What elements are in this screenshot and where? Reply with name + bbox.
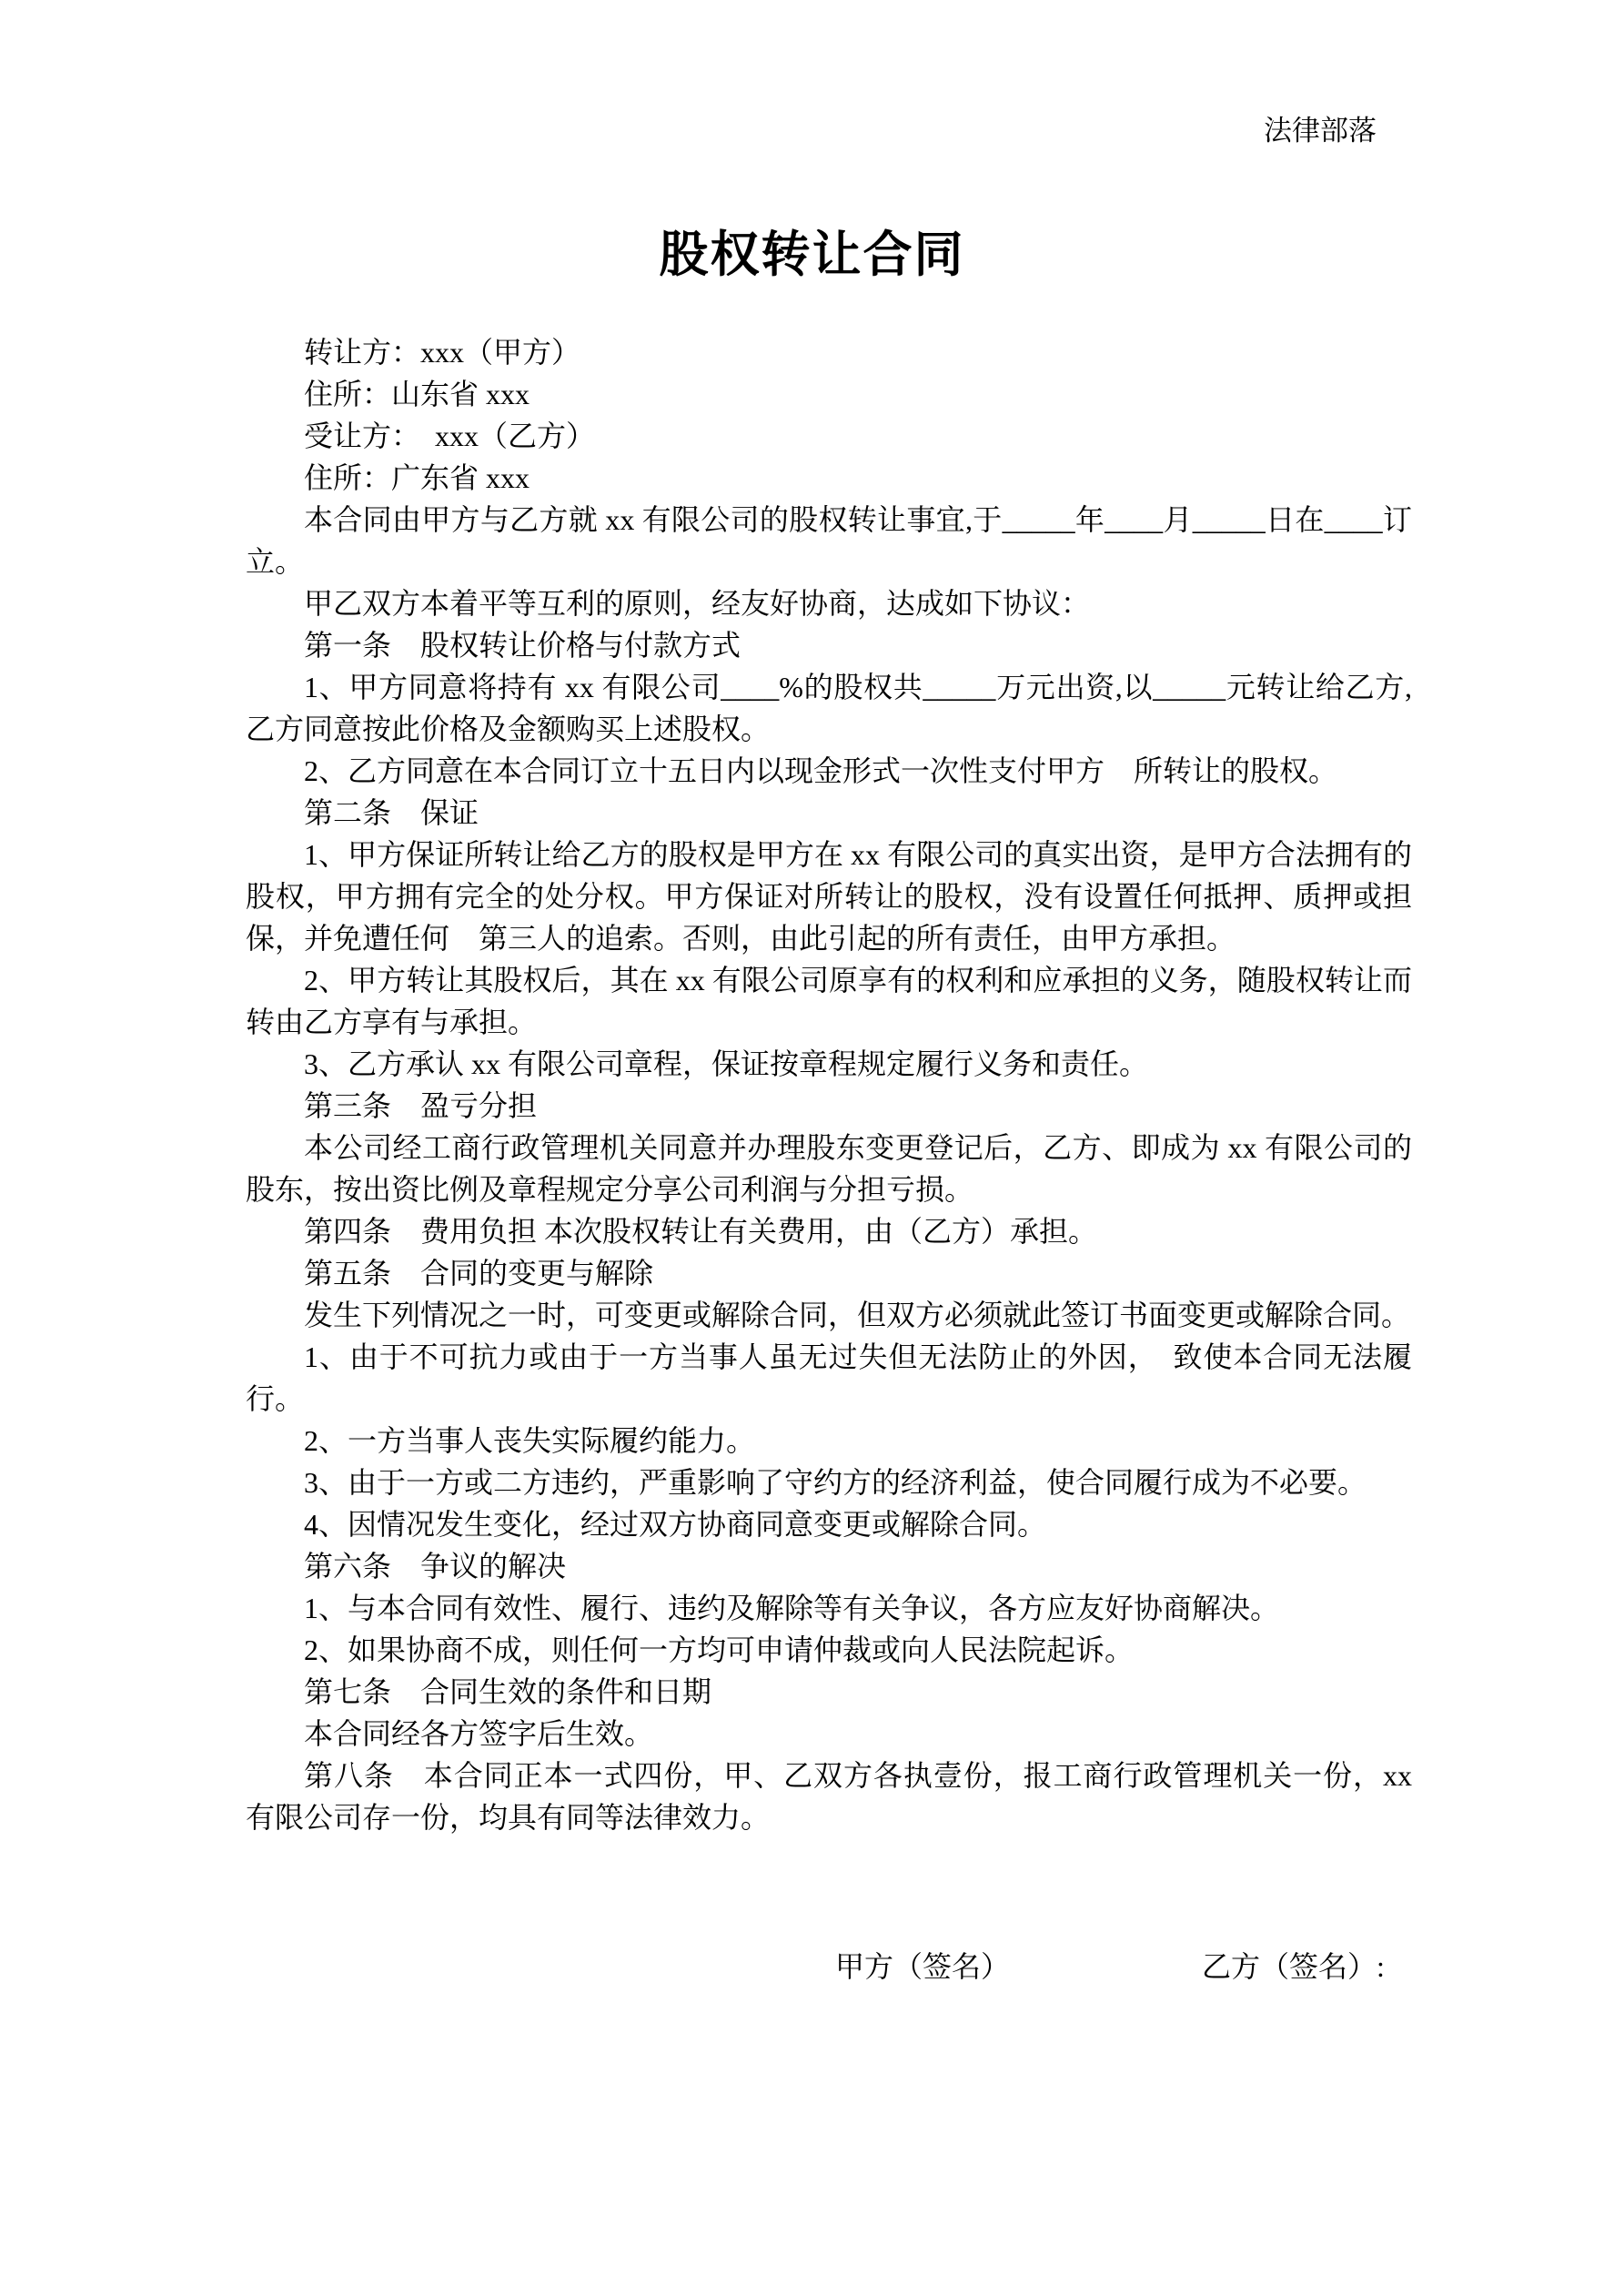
paragraph-article-2-item-2: 2、甲方转让其股权后，其在 xx 有限公司原享有的权利和应承担的义务，随股权转让… [246,959,1412,1043]
paragraph-article-7-body: 本合同经各方签字后生效。 [246,1713,1412,1755]
signature-row: 甲方（签名） 乙方（签名）: [246,1946,1412,1988]
paragraph-article-2-item-1: 1、甲方保证所转让给乙方的股权是甲方在 xx 有限公司的真实出资，是甲方合法拥有… [246,834,1412,959]
paragraph-article-7-heading: 第七条 合同生效的条件和日期 [246,1671,1412,1713]
paragraph-article-4: 第四条 费用负担 本次股权转让有关费用，由（乙方）承担。 [246,1210,1412,1252]
signature-party-b: 乙方（签名）: [1202,1950,1385,1983]
paragraph-transferor-address: 住所：山东省 xxx [246,373,1412,415]
paragraph-transferee: 受让方： xxx（乙方） [246,415,1412,457]
brand-text: 法律部落 [1264,113,1377,149]
paragraph-transferee-address: 住所：广东省 xxx [246,457,1412,499]
paragraph-article-2-heading: 第二条 保证 [246,792,1412,834]
paragraph-article-6-item-1: 1、与本合同有效性、履行、违约及解除等有关争议，各方应友好协商解决。 [246,1587,1412,1629]
paragraph-article-1-item-1: 1、甲方同意将持有 xx 有限公司____%的股权共_____万元出资,以___… [246,666,1412,750]
paragraph-preamble-agreement: 甲乙双方本着平等互利的原则，经友好协商，达成如下协议： [246,582,1412,624]
contract-page: 法律部落 股权转让合同 转让方：xxx（甲方） 住所：山东省 xxx 受让方： … [0,0,1624,2296]
paragraph-preamble-date: 本合同由甲方与乙方就 xx 有限公司的股权转让事宜,于_____年____月__… [246,499,1412,582]
paragraph-article-2-item-3: 3、乙方承认 xx 有限公司章程，保证按章程规定履行义务和责任。 [246,1043,1412,1085]
paragraph-article-5-item-2: 2、一方当事人丧失实际履约能力。 [246,1420,1412,1462]
paragraph-article-5-intro: 发生下列情况之一时，可变更或解除合同，但双方必须就此签订书面变更或解除合同。 [246,1294,1412,1336]
paragraph-article-8: 第八条 本合同正本一式四份，甲、乙双方各执壹份，报工商行政管理机关一份，xx 有… [246,1755,1412,1838]
paragraph-article-6-item-2: 2、如果协商不成，则任何一方均可申请仲裁或向人民法院起诉。 [246,1629,1412,1671]
paragraph-transferor: 转让方：xxx（甲方） [246,331,1412,373]
paragraph-article-3-body: 本公司经工商行政管理机关同意并办理股东变更登记后，乙方、即成为 xx 有限公司的… [246,1127,1412,1210]
paragraph-article-5-item-3: 3、由于一方或二方违约，严重影响了守约方的经济利益，使合同履行成为不必要。 [246,1462,1412,1503]
signature-party-a: 甲方（签名） [835,1950,1010,1983]
contract-body: 转让方：xxx（甲方） 住所：山东省 xxx 受让方： xxx（乙方） 住所：广… [246,331,1412,1988]
paragraph-article-3-heading: 第三条 盈亏分担 [246,1085,1412,1127]
paragraph-article-5-heading: 第五条 合同的变更与解除 [246,1252,1412,1294]
paragraph-article-5-item-1: 1、由于不可抗力或由于一方当事人虽无过失但无法防止的外因， 致使本合同无法履行。 [246,1336,1412,1420]
document-title: 股权转让合同 [0,222,1624,288]
paragraph-article-1-item-2: 2、乙方同意在本合同订立十五日内以现金形式一次性支付甲方 所转让的股权。 [246,750,1412,792]
paragraph-article-5-item-4: 4、因情况发生变化，经过双方协商同意变更或解除合同。 [246,1503,1412,1545]
paragraph-article-6-heading: 第六条 争议的解决 [246,1545,1412,1587]
paragraph-article-1-heading: 第一条 股权转让价格与付款方式 [246,624,1412,666]
